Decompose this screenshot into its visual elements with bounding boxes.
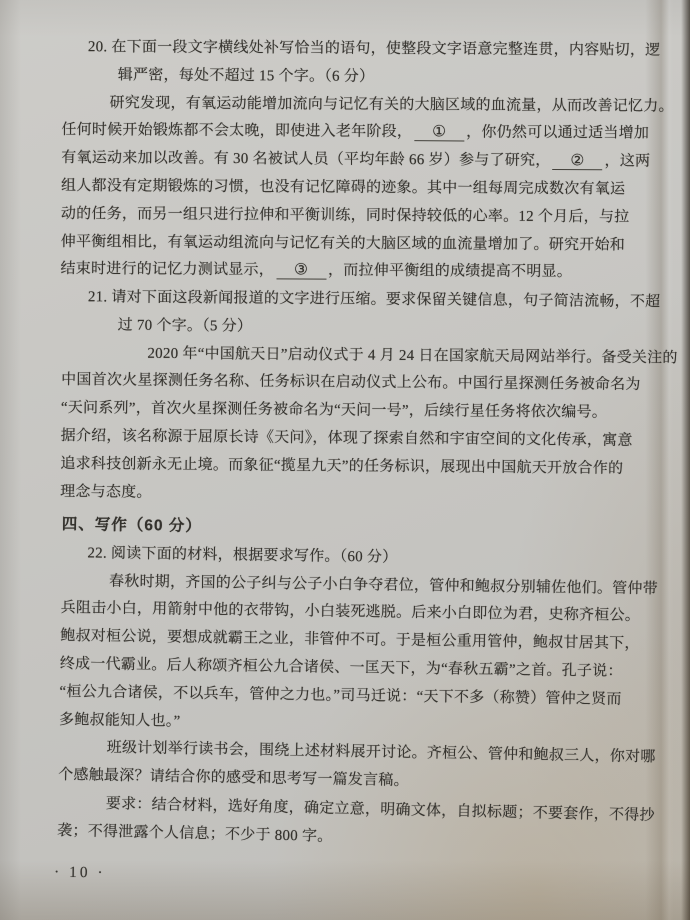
q20-passage-line: 有氧运动来加以改善。有 30 名被试人员（平均年龄 66 岁）参与了研究，②，这…	[61, 145, 653, 176]
writing-section: 四、写作（60 分） 22. 阅读下面的材料，根据要求写作。（60 分） 春秋时…	[57, 511, 654, 854]
q20-passage-line: 动的任务，而另一组只进行拉伸和平衡训练，同时保持较低的心率。12 个月后，与拉	[61, 201, 653, 232]
q20-passage-line: 任何时候开始锻炼都不会太晚，即使进入老年阶段，①，你仍然可以通过适当增加	[61, 117, 653, 148]
q22-material: 春秋时期，齐国的公子纠与公子小白争夺君位，管仲和鲍叔分别辅佐他们。管仲带 兵阻击…	[59, 567, 653, 742]
text-segment: ，这两	[604, 154, 650, 170]
q20-passage-line: 研究发现，有氧运动能增加流向与记忆有关的大脑区域的血流量，从而改善记忆力。	[61, 90, 653, 121]
question-20: 20. 在下面一段文字横线处补写恰当的语句，使整段文字语意完整连贯，内容贴切，逻…	[60, 34, 654, 288]
exam-paper-page: 20. 在下面一段文字横线处补写恰当的语句，使整段文字语意完整连贯，内容贴切，逻…	[0, 0, 690, 920]
q20-passage-line: 伸平衡组相比，有氧运动组流向与记忆有关的大脑区域的血流量增加了。研究开始和	[61, 229, 653, 260]
question-21: 21. 请对下面这段新闻报道的文字进行压缩。要求保留关键信息，句子简洁流畅，不超…	[60, 284, 654, 512]
text-segment: 有氧运动来加以改善。有 30 名被试人员（平均年龄 66 岁）参与了研究，	[61, 150, 550, 169]
answer-blank-2: ②	[552, 152, 602, 170]
answer-blank-1: ①	[414, 124, 464, 142]
q22-requirements: 要求：结合材料，选好角度，确定立意，明确文体，自拟标题；不要套作，不得抄 袭；不…	[57, 789, 650, 857]
page-number: · 10 ·	[54, 864, 106, 883]
text-segment: ，而拉伸平衡组的成绩提高不明显。	[328, 263, 572, 280]
text-segment: 结束时进行的记忆力测试显示，	[61, 261, 275, 278]
text-segment: ，你仍然可以通过适当增加	[466, 125, 649, 142]
q20-stem-line: 20. 在下面一段文字横线处补写恰当的语句，使整段文字语意完整连贯，内容贴切，逻	[62, 34, 654, 65]
q22-task: 班级计划举行读书会，围绕上述材料展开讨论。齐桓公、管仲和鲍叔三人，你对哪 个感触…	[58, 734, 651, 800]
text-segment: 任何时候开始锻炼都不会太晚，即使进入老年阶段，	[61, 122, 412, 140]
q20-passage-line: 结束时进行的记忆力测试显示，③，而拉伸平衡组的成绩提高不明显。	[60, 256, 652, 287]
page-content: 20. 在下面一段文字横线处补写恰当的语句，使整段文字语意完整连贯，内容贴切，逻…	[62, 34, 654, 845]
answer-blank-3: ③	[276, 262, 326, 280]
q21-passage-line: 理念与态度。	[60, 479, 652, 512]
q20-stem-line: 辑严密，每处不超过 15 个字。（6 分）	[62, 62, 654, 93]
q20-passage-line: 组人都没有定期锻炼的习惯，也没有记忆障碍的迹象。其中一组每周完成数次有氧运	[61, 173, 653, 204]
